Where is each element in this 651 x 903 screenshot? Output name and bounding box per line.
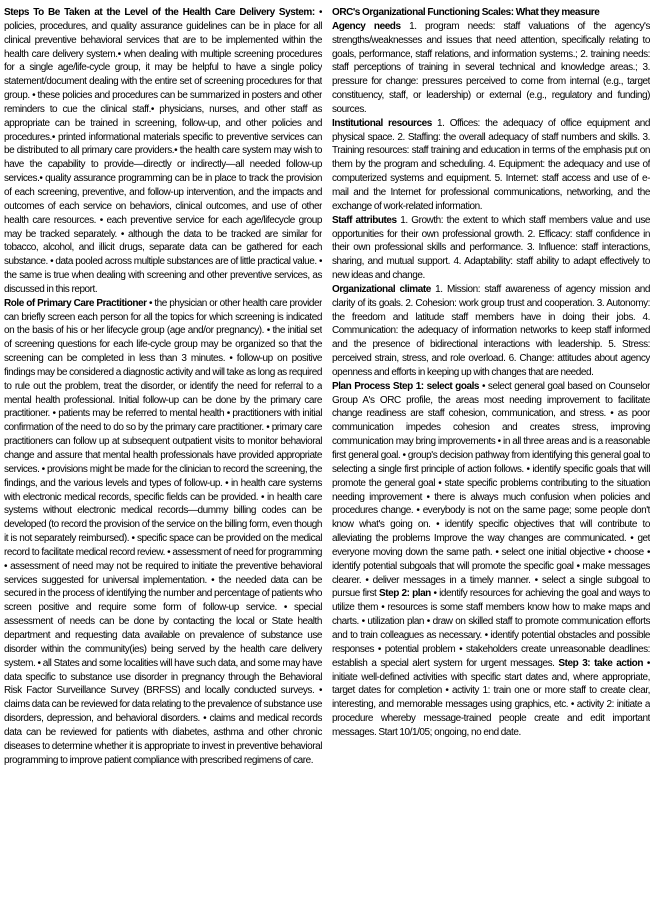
text-run: • initiate well-defined activities with … [332, 658, 650, 738]
paragraph: Plan Process Step 1: select goals • sele… [332, 380, 650, 740]
bold-run: Plan Process Step 1: select goals [332, 381, 479, 392]
paragraph: Organizational climate 1. Mission: staff… [332, 283, 650, 380]
bold-run: Step 3: take action [558, 658, 643, 669]
bold-run: ORC's Organizational Functioning Scales:… [332, 7, 599, 18]
text-run: 1. Mission: staff awareness of agency mi… [332, 284, 650, 378]
bold-run: Organizational climate [332, 284, 431, 295]
paragraph: Role of Primary Care Practitioner • the … [4, 297, 322, 768]
paragraph: ORC's Organizational Functioning Scales:… [332, 6, 650, 20]
bold-run: Steps To Be Taken at the Level of the He… [4, 7, 315, 18]
paragraph: Institutional resources 1. Offices: the … [332, 117, 650, 214]
document-page: Steps To Be Taken at the Level of the He… [0, 0, 651, 903]
right-column: ORC's Organizational Functioning Scales:… [332, 6, 650, 903]
bold-run: Step 2: plan [379, 588, 431, 599]
bold-run: Role of Primary Care Practitioner [4, 298, 147, 309]
bold-run: Institutional resources [332, 118, 432, 129]
left-column: Steps To Be Taken at the Level of the He… [4, 6, 322, 903]
paragraph: Agency needs 1. program needs: staff val… [332, 20, 650, 117]
text-run: • identify resources for achieving the g… [332, 588, 650, 668]
text-run: 1. Offices: the adequacy of office equip… [332, 118, 650, 212]
paragraph: Staff attributes 1. Growth: the extent t… [332, 214, 650, 283]
bold-run: Agency needs [332, 21, 401, 32]
bold-run: Staff attributes [332, 215, 397, 226]
text-run: • the physician or other health care pro… [4, 298, 322, 766]
text-run: • select general goal based on Counselor… [332, 381, 650, 600]
text-run: 1. program needs: staff valuations of th… [332, 21, 650, 115]
paragraph: Steps To Be Taken at the Level of the He… [4, 6, 322, 297]
text-run: • policies, procedures, and quality assu… [4, 7, 322, 295]
